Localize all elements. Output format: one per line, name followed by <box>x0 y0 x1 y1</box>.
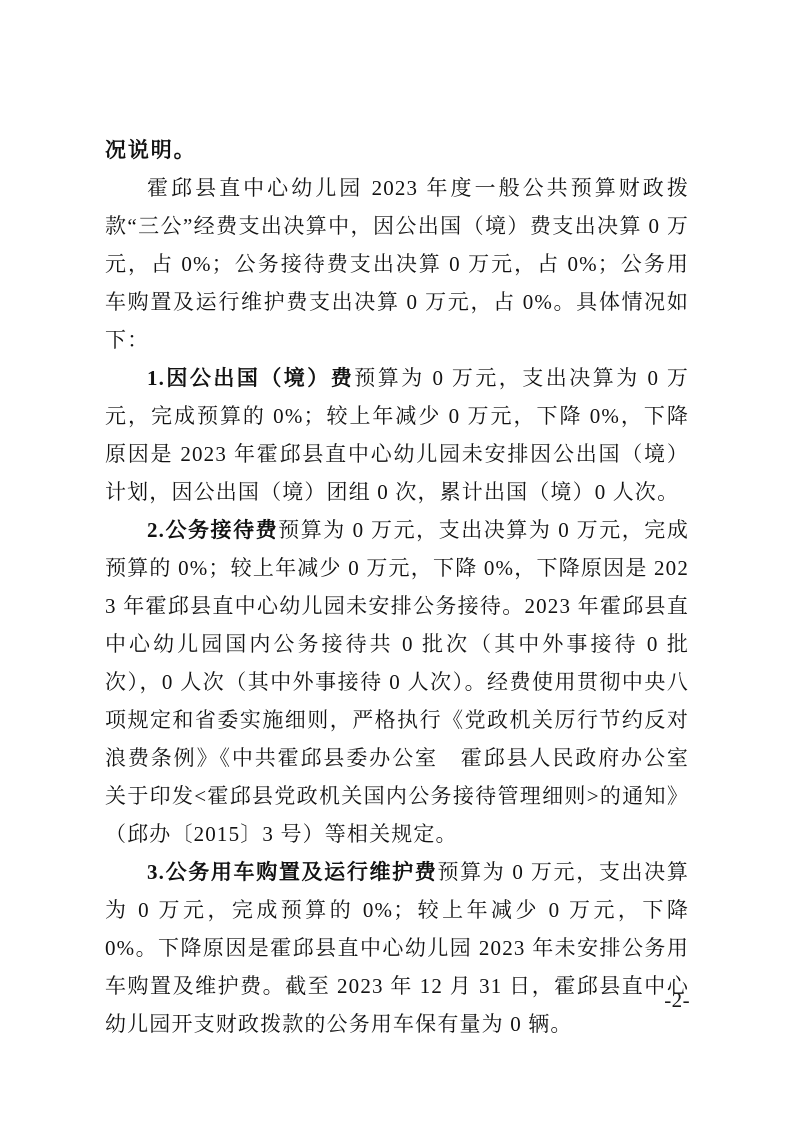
expense-item-3-title: 3.公务用车购置及运行维护费 <box>147 860 437 884</box>
document-page: 况说明。 霍邱县直中心幼儿园 2023 年度一般公共预算财政拨款“三公”经费支出… <box>0 0 793 1122</box>
expense-item-3-body: 预算为 0 万元，支出决算为 0 万元，完成预算的 0%；较上年减少 0 万元，… <box>105 860 689 1036</box>
expense-item-paragraph-2: 2.公务接待费预算为 0 万元，支出决算为 0 万元，完成预算的 0%；较上年减… <box>105 511 689 853</box>
intro-paragraph: 霍邱县直中心幼儿园 2023 年度一般公共预算财政拨款“三公”经费支出决算中，因… <box>105 169 689 359</box>
expense-item-1-title: 1.因公出国（境）费 <box>147 366 354 390</box>
page-number: -2- <box>664 988 690 1013</box>
expense-item-paragraph-3: 3.公务用车购置及运行维护费预算为 0 万元，支出决算为 0 万元，完成预算的 … <box>105 853 689 1043</box>
expense-item-2-title: 2.公务接待费 <box>147 518 278 542</box>
expense-item-2-body: 预算为 0 万元，支出决算为 0 万元，完成预算的 0%；较上年减少 0 万元，… <box>105 518 689 846</box>
document-body: 况说明。 霍邱县直中心幼儿园 2023 年度一般公共预算财政拨款“三公”经费支出… <box>105 131 689 1043</box>
expense-item-paragraph-1: 1.因公出国（境）费预算为 0 万元，支出决算为 0 万元，完成预算的 0%；较… <box>105 359 689 511</box>
section-heading-fragment: 况说明。 <box>105 131 689 169</box>
